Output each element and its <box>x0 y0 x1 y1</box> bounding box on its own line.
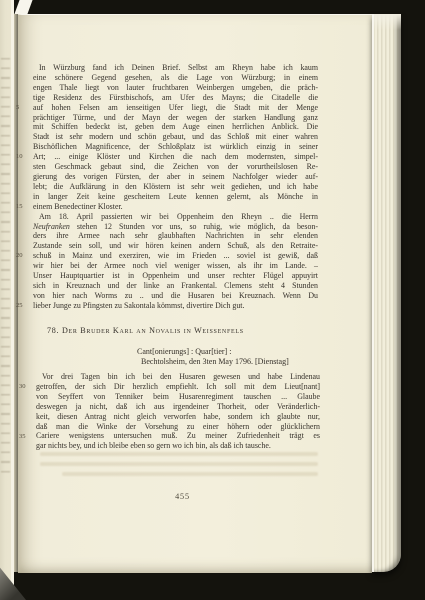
text-line: Zustande sein soll, und wir hören keinen… <box>33 241 318 251</box>
letter-78-text: Vor drei Tagen bin ich bei den Husaren g… <box>36 372 320 451</box>
page-number: 455 <box>40 492 325 501</box>
text-line: daß man die Winke der Vorsehung zu einer… <box>36 422 320 432</box>
text-line: 5auf hohen Felsen am ienseitigen Ufer li… <box>33 103 318 113</box>
text-line: ders ihre Armee nach sehr glaubhaften Na… <box>33 231 318 241</box>
text-line: 10Art; ... einige Klöster und Kirchen di… <box>33 152 318 162</box>
line-number: 10 <box>16 153 29 161</box>
text-line: wir hier bei der Armee noch viel weniger… <box>33 261 318 271</box>
text-line: sten Geschmack gebaut sind, die Zeichen … <box>33 162 318 172</box>
text-line: sich in Kreuznach und der linke an Frank… <box>33 281 318 291</box>
line-number: 15 <box>16 203 29 211</box>
text-line: tige Residenz des Fürstbischofs, am Ufer… <box>33 93 318 103</box>
text-line: In Würzburg fand ich Deinen Brief. Selbs… <box>33 63 318 73</box>
letter-78-heading: 78. Der Bruder Karl an Novalis in Weisse… <box>47 326 244 335</box>
page-corner-sliver <box>14 0 32 14</box>
text-line: 15einem Benedectiner Kloster. <box>33 202 318 212</box>
bleed-through-line <box>62 472 318 476</box>
line-number: 35 <box>19 433 32 441</box>
book-photo: In Würzburg fand ich Deinen Brief. Selbs… <box>0 0 425 600</box>
letter-78-dateline-line1: Cant[onierungs] : Quar[tier] : <box>137 347 231 356</box>
text-line: 30getroffen, der sich Dir herzlich empfi… <box>36 382 320 392</box>
text-line: deswegen ja nicht, daß ich aus irgendein… <box>36 402 320 412</box>
text-line: 35Cariere wenigstens untersuchen muß. Zu… <box>36 431 320 441</box>
letter-78-dateline-line2: Bechtolsheim, den 3ten May 1796. [Dienst… <box>141 357 289 366</box>
text-line: 25lieber Junge zu Pfingsten zu Sakontala… <box>33 301 318 311</box>
gutter-shadow <box>14 14 22 572</box>
text-line: von Seyffert von Tenniker beim Husarenre… <box>36 392 320 402</box>
bleed-through-line <box>40 452 318 456</box>
letter-77-text: In Würzburg fand ich Deinen Brief. Selbs… <box>33 63 318 311</box>
text-line: Unser Hauptquartier ist in Oppenheim und… <box>33 271 318 281</box>
text-line: Bischöflichen Magnificence, der Schloßpl… <box>33 142 318 152</box>
text-line: mit Schiffen bedeckt ist, geben dem Auge… <box>33 122 318 132</box>
text-line: lebt; die Aufklärung in den Klöstern ist… <box>33 182 318 192</box>
line-number: 30 <box>19 383 32 391</box>
text-line: Neufranken stehen 12 Stunden vor uns, so… <box>33 222 318 232</box>
text-line: Stadt ist sehr modern und schön gebaut, … <box>33 132 318 142</box>
line-number: 20 <box>16 252 29 260</box>
fore-edge-pages <box>372 14 401 572</box>
line-number: 5 <box>16 104 29 112</box>
text-line: von hier nach Worms zu .. und die Husare… <box>33 291 318 301</box>
facing-page-bleed-text <box>1 58 10 478</box>
text-line: Am 18. April passierten wir bei Oppenhei… <box>33 212 318 222</box>
text-line: keit, diesen Antrag nicht gleich verworf… <box>36 412 320 422</box>
text-line: gierung des vorigen Fürsten, der aber in… <box>33 172 318 182</box>
line-number: 25 <box>16 302 29 310</box>
text-line: 20schuß in Mainz und exerziren, wie im F… <box>33 251 318 261</box>
text-line: in langer Zeit keine gescheitern Leute k… <box>33 192 318 202</box>
text-line: engen Thale liegt von lauter fruchtbaren… <box>33 83 318 93</box>
bleed-through-line <box>40 462 318 466</box>
text-line: gar nichts bey, und ich bleibe eben so g… <box>36 441 320 451</box>
text-line: prächtiger Türme, und der Mayn der wegen… <box>33 113 318 123</box>
text-line: eine schönere Gegend gesehen, als die La… <box>33 73 318 83</box>
text-line: Vor drei Tagen bin ich bei den Husaren g… <box>36 372 320 382</box>
